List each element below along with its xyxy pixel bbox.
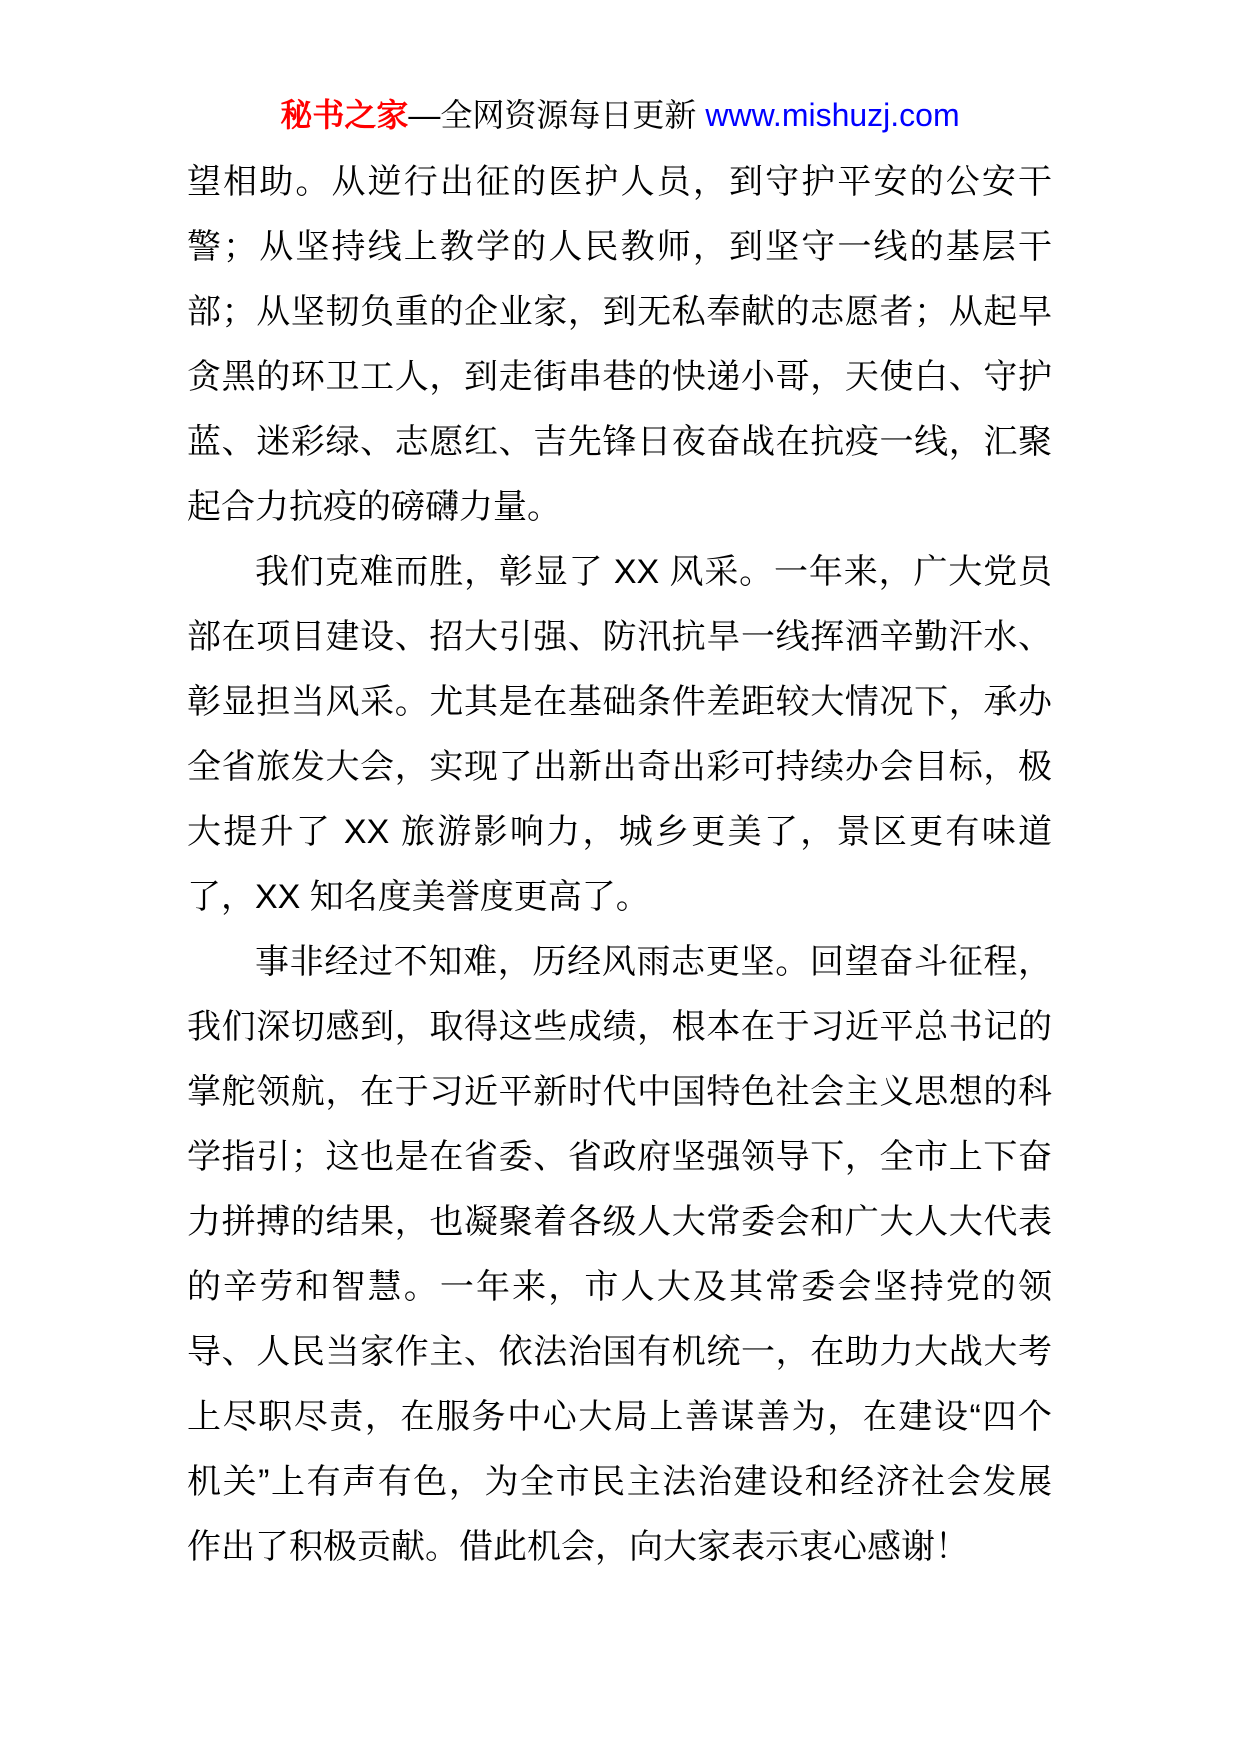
text-line: 起合力抗疫的磅礴力量。 — [187, 475, 1052, 540]
page-header: 秘书之家—全网资源每日更新www.mishuzj.com — [0, 92, 1240, 138]
text-line: 机关”上有声有色，为全市民主法治建设和经济社会发展 — [187, 1450, 1052, 1515]
text-line: 望相助。从逆行出征的医护人员，到守护平安的公安干 — [187, 150, 1052, 215]
text-line: 力拼搏的结果，也凝聚着各级人大常委会和广大人大代表 — [187, 1190, 1052, 1255]
text-line: 部；从坚韧负重的企业家，到无私奉献的志愿者；从起早 — [187, 280, 1052, 345]
text-line: 部在项目建设、招大引强、防汛抗旱一线挥洒辛勤汗水、 — [187, 605, 1052, 670]
text-line: 的辛劳和智慧。一年来，市人大及其常委会坚持党的领 — [187, 1255, 1052, 1320]
site-name: 秘书之家 — [280, 97, 408, 133]
text-line: 事非经过不知难，历经风雨志更坚。回望奋斗征程， — [187, 930, 1052, 995]
site-tagline: —全网资源每日更新 — [408, 97, 696, 133]
text-line: 学指引；这也是在省委、省政府坚强领导下，全市上下奋 — [187, 1125, 1052, 1190]
text-line: 了，XX 知名度美誉度更高了。 — [187, 865, 1052, 930]
text-line: 我们克难而胜，彰显了 XX 风采。一年来，广大党员干 — [187, 540, 1052, 605]
site-url-link[interactable]: www.mishuzj.com — [705, 97, 959, 133]
text-line: 导、人民当家作主、依法治国有机统一，在助力大战大考 — [187, 1320, 1052, 1385]
text-line: 贪黑的环卫工人，到走街串巷的快递小哥，天使白、守护 — [187, 345, 1052, 410]
text-line: 上尽职尽责，在服务中心大局上善谋善为，在建设“四个 — [187, 1385, 1052, 1450]
text-line: 警；从坚持线上教学的人民教师，到坚守一线的基层干 — [187, 215, 1052, 280]
text-line: 全省旅发大会，实现了出新出奇出彩可持续办会目标，极 — [187, 735, 1052, 800]
text-line: 掌舵领航，在于习近平新时代中国特色社会主义思想的科 — [187, 1060, 1052, 1125]
document-page: 秘书之家—全网资源每日更新www.mishuzj.com 望相助。从逆行出征的医… — [0, 0, 1240, 1754]
text-line: 大提升了 XX 旅游影响力，城乡更美了，景区更有味道 — [187, 800, 1052, 865]
text-line: 作出了积极贡献。借此机会，向大家表示衷心感谢！ — [187, 1515, 1052, 1580]
text-line: 我们深切感到，取得这些成绩，根本在于习近平总书记的 — [187, 995, 1052, 1060]
document-body: 望相助。从逆行出征的医护人员，到守护平安的公安干警；从坚持线上教学的人民教师，到… — [187, 150, 1052, 1580]
text-line: 彰显担当风采。尤其是在基础条件差距较大情况下，承办 — [187, 670, 1052, 735]
text-line: 蓝、迷彩绿、志愿红、吉先锋日夜奋战在抗疫一线，汇聚 — [187, 410, 1052, 475]
